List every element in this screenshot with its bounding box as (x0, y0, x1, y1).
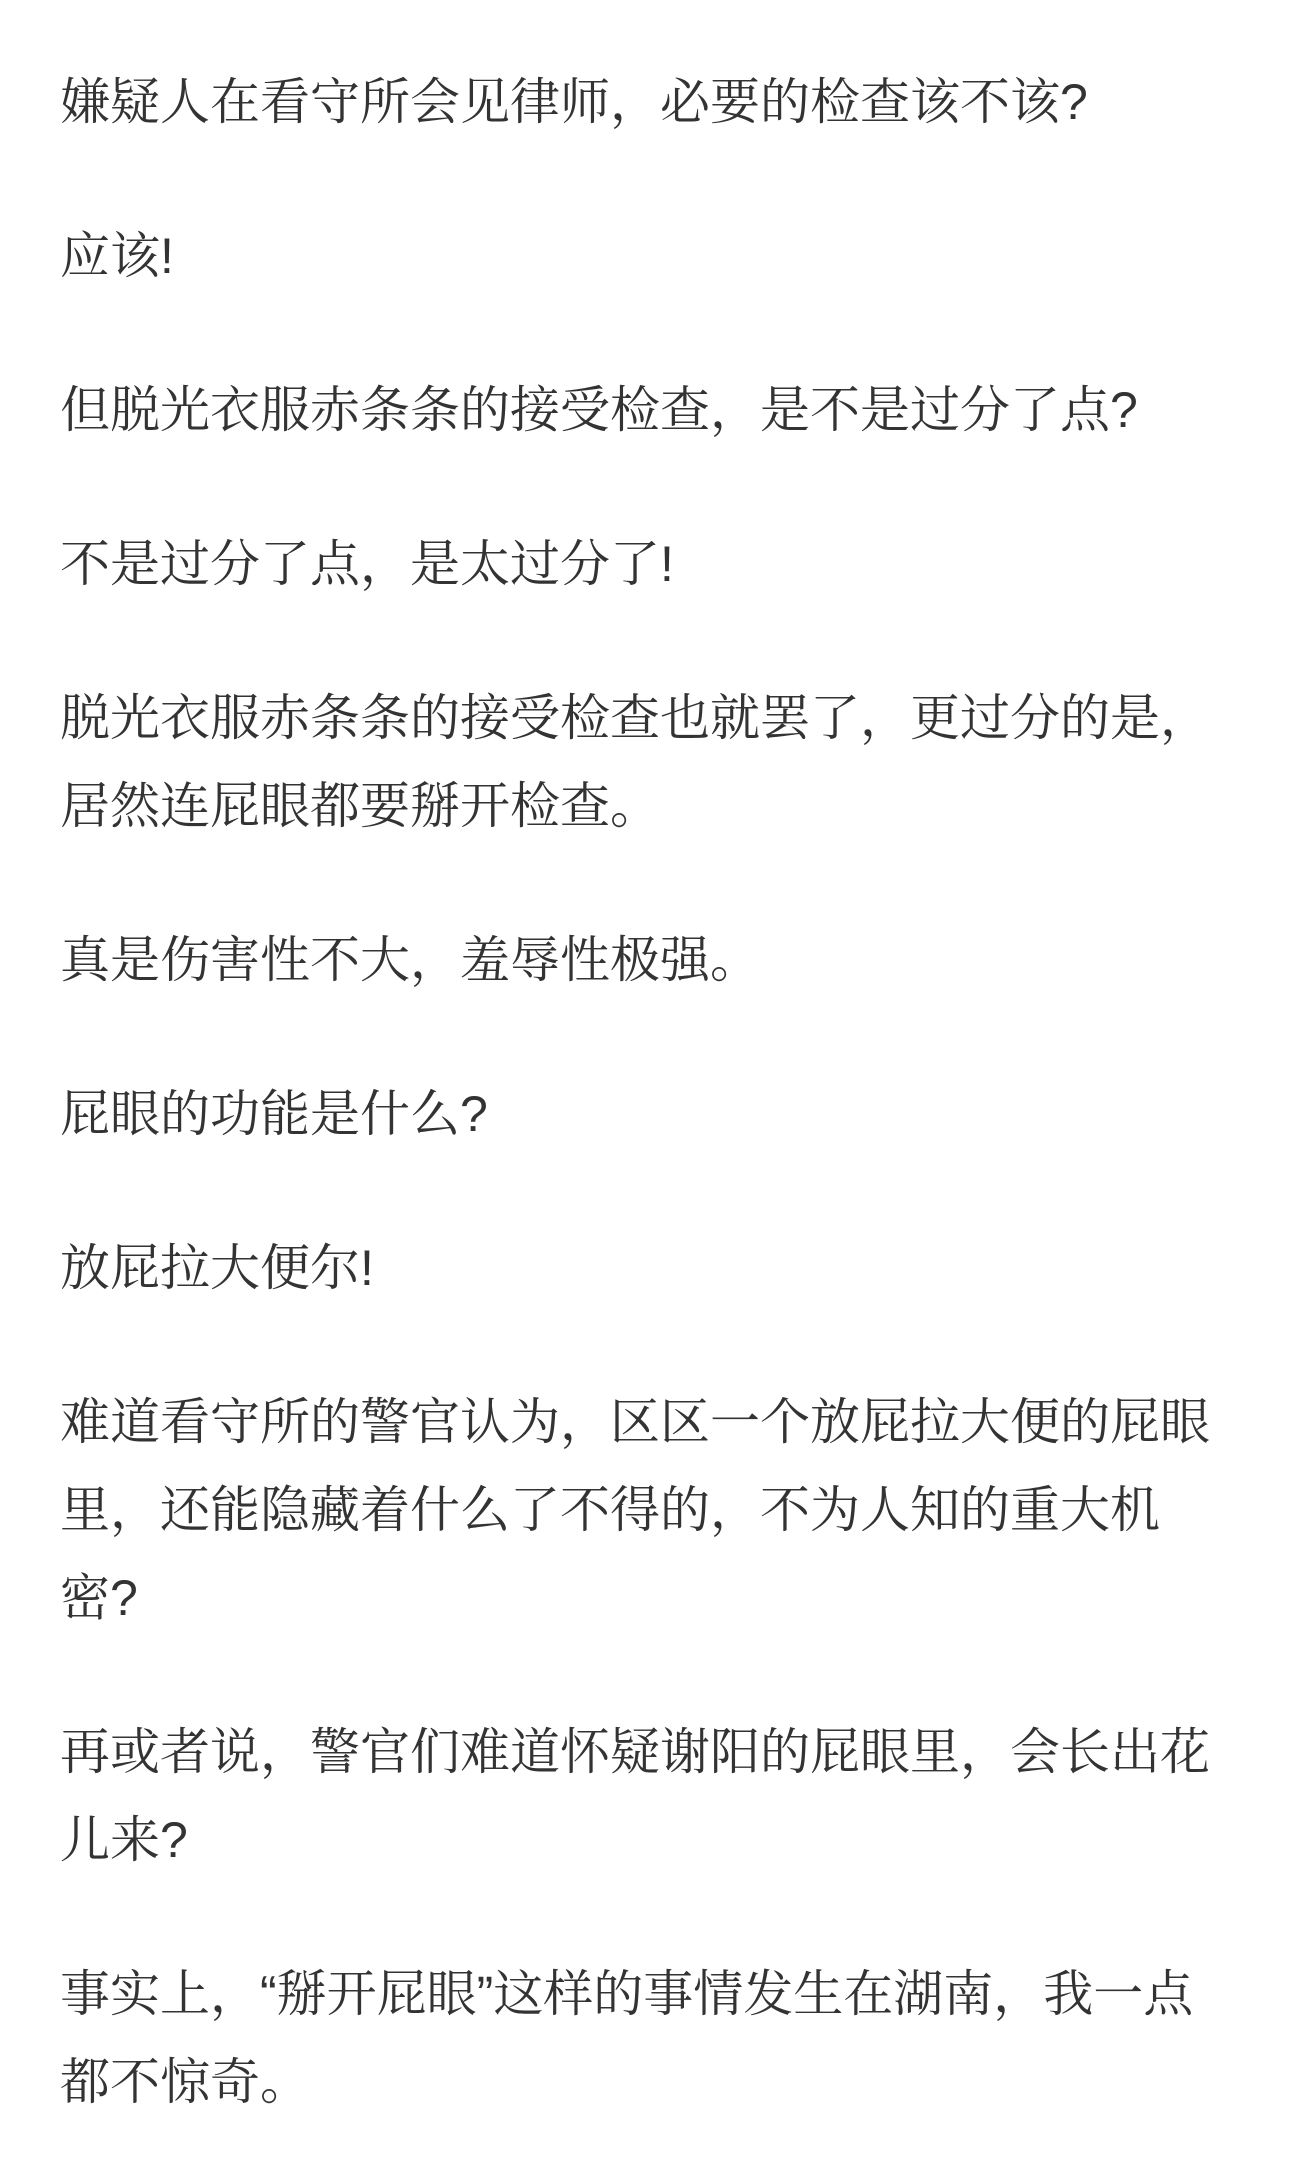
paragraph: 嫌疑人在看守所会见律师，必要的检查该不该? (60, 58, 1230, 146)
paragraph: 屁眼的功能是什么? (60, 1070, 1230, 1158)
paragraph: 放屁拉大便尔! (60, 1224, 1230, 1312)
paragraph: 但脱光衣服赤条条的接受检查，是不是过分了点? (60, 366, 1230, 454)
paragraph: 再或者说，警官们难道怀疑谢阳的屁眼里，会长出花 儿来? (60, 1708, 1230, 1884)
paragraph: 真是伤害性不大，羞辱性极强。 (60, 916, 1230, 1004)
paragraph: 脱光衣服赤条条的接受检查也就罢了，更过分的是， 居然连屁眼都要掰开检查。 (60, 674, 1230, 850)
paragraph: 应该! (60, 212, 1230, 300)
paragraph: 不是过分了点，是太过分了! (60, 520, 1230, 608)
paragraph: 事实上，“掰开屁眼”这样的事情发生在湖南，我一点 都不惊奇。 (60, 1950, 1230, 2126)
paragraph: 难道看守所的警官认为，区区一个放屁拉大便的屁眼 里，还能隐藏着什么了不得的，不为… (60, 1378, 1230, 1642)
article-body: 嫌疑人在看守所会见律师，必要的检查该不该? 应该! 但脱光衣服赤条条的接受检查，… (0, 0, 1290, 2126)
